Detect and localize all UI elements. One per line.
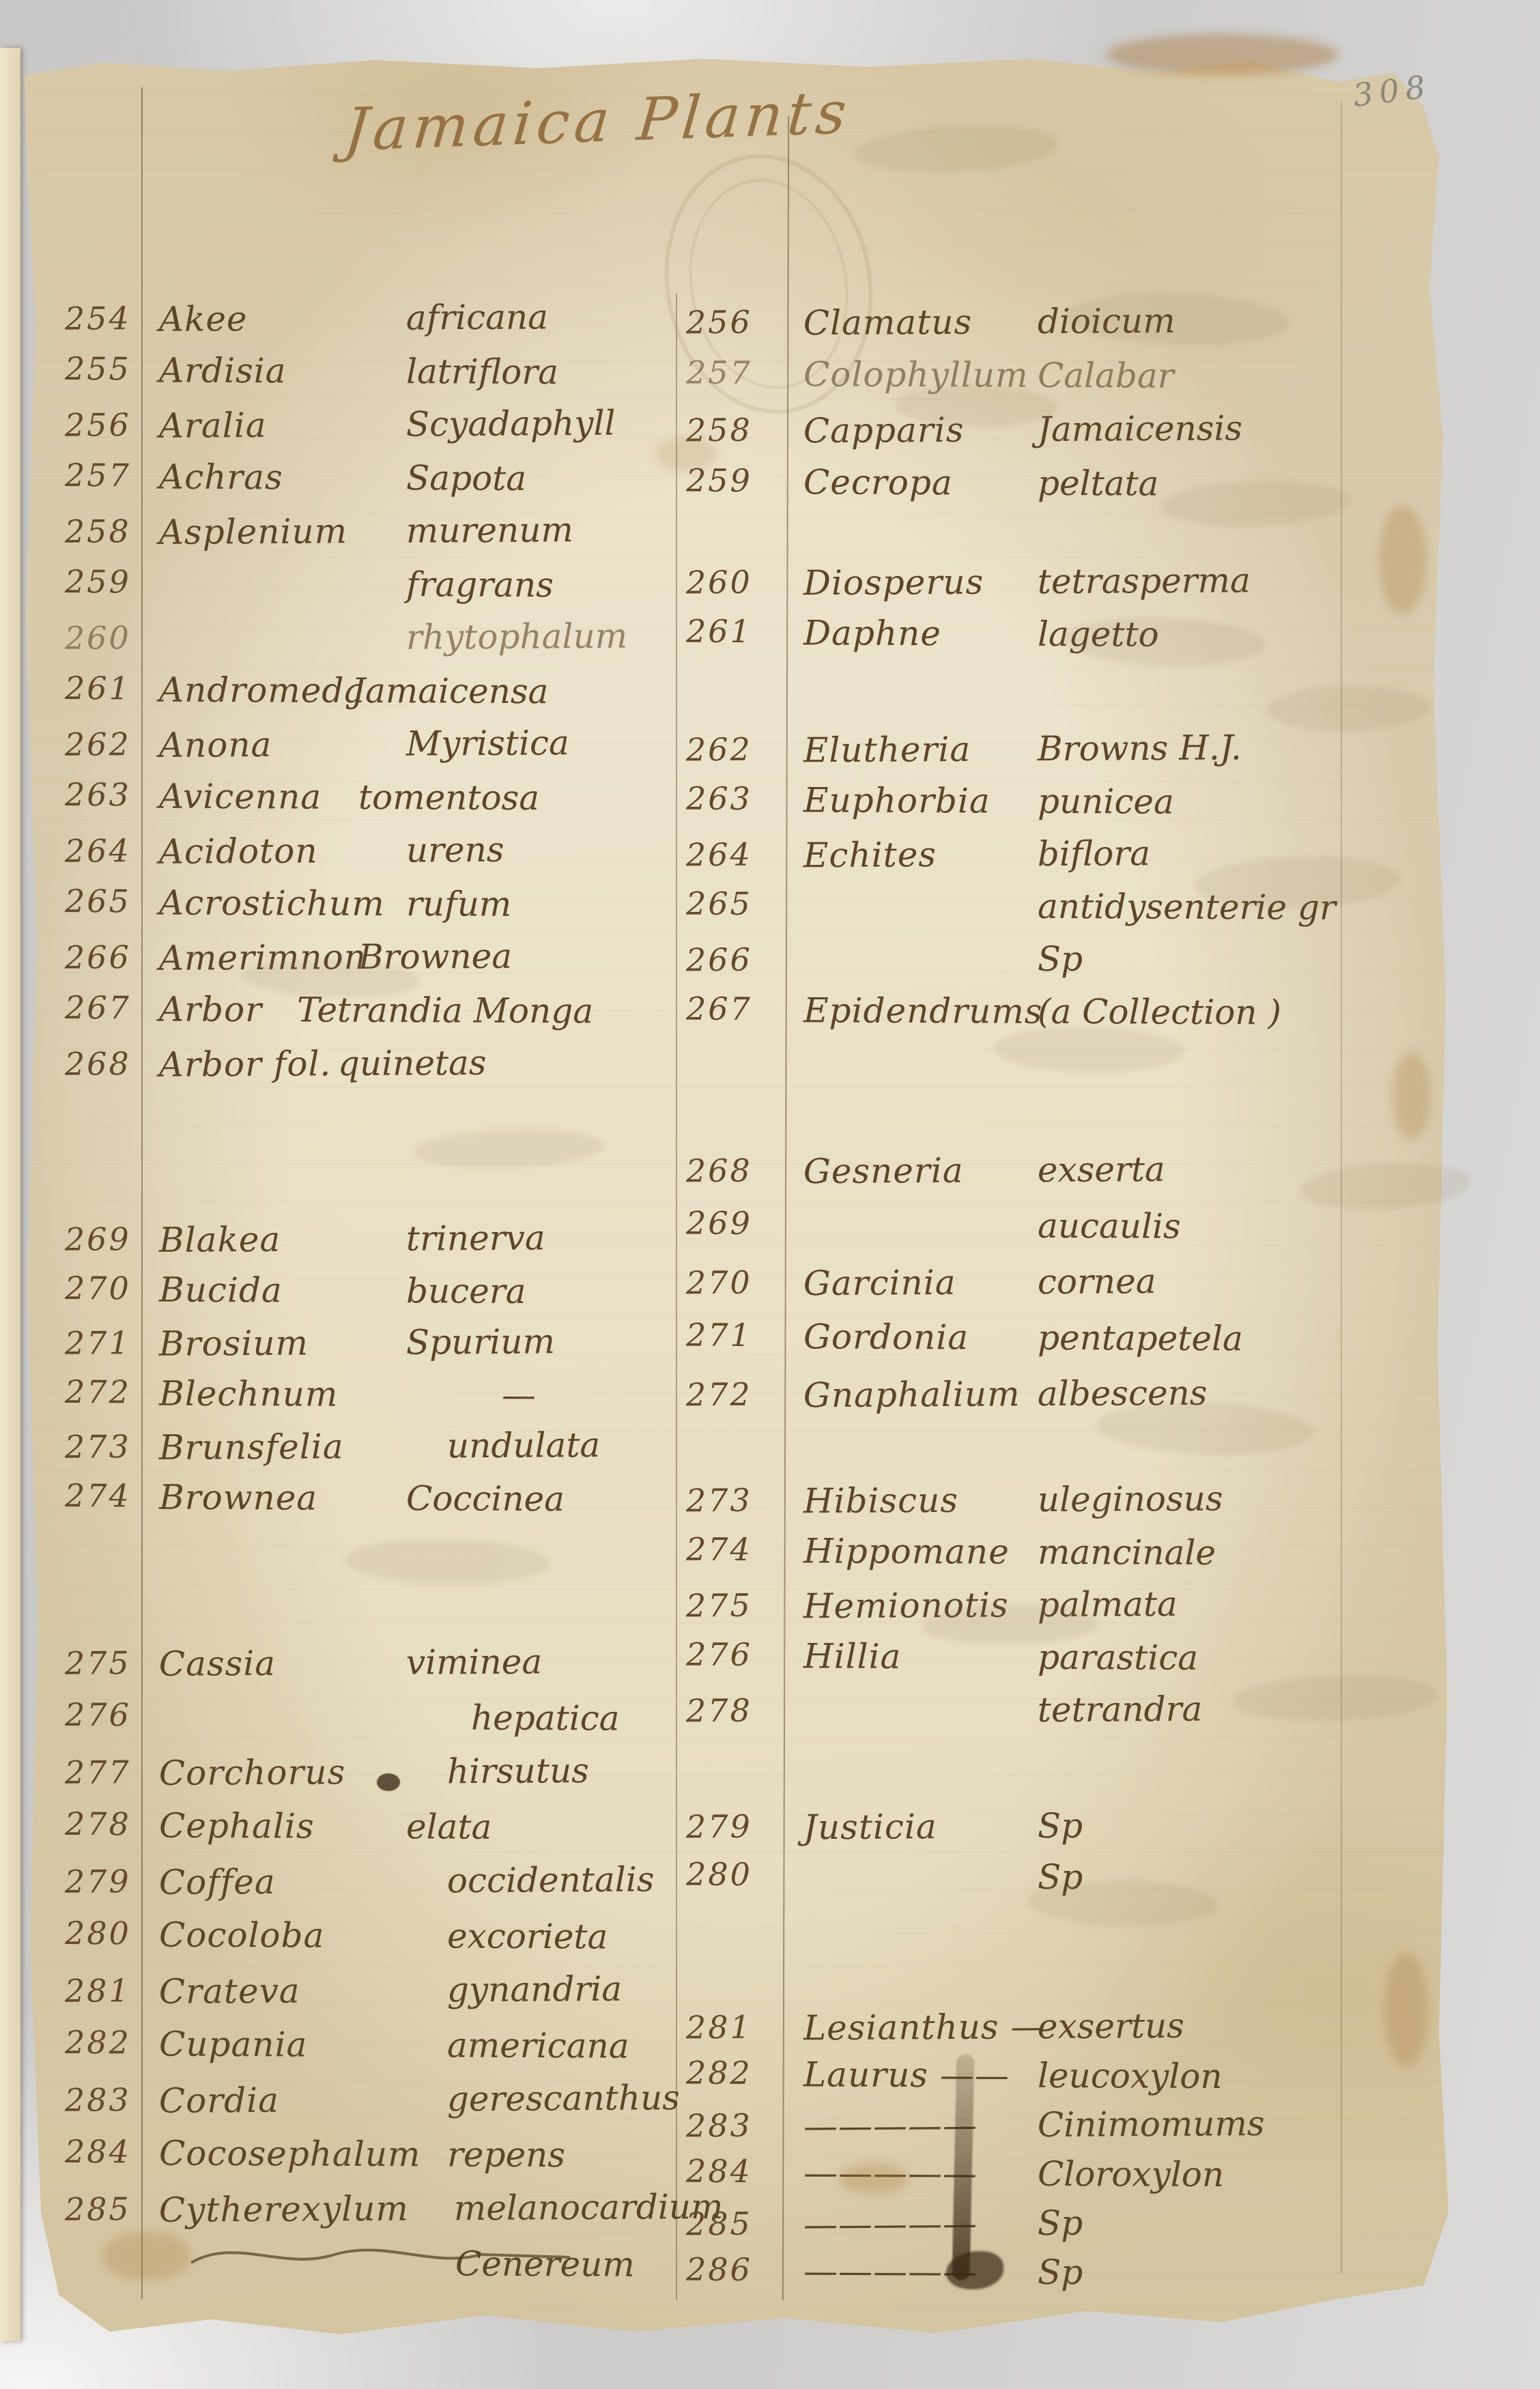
entry-species: hepatica: [471, 1698, 620, 1739]
entry-row: 254Akeeafricana: [65, 296, 683, 354]
entry-number: 280: [686, 1856, 775, 1893]
entry-genus: Ardisia: [159, 351, 287, 391]
entry-row: 263Euphorbiapunicea: [686, 780, 1430, 836]
entry-row: 270Garciniacornea: [686, 1260, 1430, 1321]
entry-number: 285: [686, 2205, 775, 2243]
entry-species: uleginosus: [1038, 1479, 1223, 1520]
entry-genus: Laurus ——: [803, 2055, 1010, 2095]
entry-row: 272Blechnum—: [65, 1373, 683, 1428]
entry-species: trinerva: [406, 1218, 545, 1258]
entry-row: 281Cratevagynandria: [65, 1969, 683, 2027]
entry-row: 256Clamatusdioicum: [686, 300, 1430, 358]
entry-genus: Cephalis: [159, 1806, 315, 1846]
entry-species: rufum: [406, 884, 511, 924]
entry-row: 273Brunsfeliaundulata: [65, 1425, 683, 1480]
entry-species: tetrasperma: [1038, 560, 1251, 601]
entry-row: 257ColophyllumCalabar: [686, 354, 1430, 412]
foxing-stain: [1384, 1952, 1428, 2068]
entry-number: 269: [686, 1205, 775, 1242]
underline-squiggle: [188, 2229, 584, 2276]
entry-species: Sp: [1038, 939, 1083, 979]
entry-genus: Avicenna: [159, 777, 322, 817]
entry-row: 282Laurus ——leucoxylon: [686, 2055, 1430, 2107]
entry-number: 255: [65, 350, 141, 387]
entry-number: 256: [686, 304, 775, 341]
entry-row: 264Acidotonurens: [65, 829, 683, 886]
entry-genus: Brunsfelia: [159, 1427, 344, 1468]
entry-genus: Gordonia: [803, 1317, 969, 1357]
entry-number: 263: [65, 776, 141, 813]
entry-row: 274BrowneaCoccinea: [65, 1477, 683, 1532]
entry-number: 256: [65, 406, 141, 444]
entry-group: 260Diosperustetrasperma261Daphnelagetto: [686, 562, 1430, 667]
entry-row: 269aucaulis: [686, 1205, 1430, 1264]
entry-species: hirsutus: [447, 1751, 589, 1791]
entry-number: 277: [65, 1754, 141, 1791]
entry-number: 286: [686, 2251, 775, 2289]
entry-row: 261Daphnelagetto: [686, 613, 1430, 669]
entry-genus: Arbor: [159, 990, 262, 1030]
entry-number: 275: [65, 1644, 141, 1682]
entry-row: 266Sp: [686, 937, 1430, 995]
entry-row: 270Bucidabucera: [65, 1270, 683, 1324]
entry-row: 273Hibiscusuleginosus: [686, 1478, 1430, 1535]
entry-genus: Garcinia: [803, 1263, 956, 1303]
entry-species: peltata: [1038, 463, 1159, 504]
entry-number: 269: [65, 1220, 141, 1258]
previous-page-edge: [0, 48, 20, 2341]
entry-species: Sapota: [406, 458, 526, 498]
entry-species: Cinimomums: [1038, 2104, 1265, 2145]
entry-row: 257AchrasSapota: [65, 457, 683, 513]
entry-number: 282: [686, 2055, 775, 2092]
entry-species: (a Collection ): [1038, 992, 1281, 1033]
entry-genus: Cocosephalum: [159, 2134, 421, 2175]
entry-species: leucoxylon: [1038, 2056, 1223, 2096]
entry-group: 281Lesianthus —exsertus282Laurus ——leuco…: [686, 2007, 1430, 2302]
entry-row: 271BrosiumSpurium: [65, 1321, 683, 1377]
entry-species: fragrans: [406, 564, 554, 605]
entry-row: 277Corchorushirsutus: [65, 1750, 683, 1809]
entry-number: 279: [65, 1863, 141, 1900]
entry-row: 279JusticiaSp: [686, 1804, 1430, 1860]
entry-species: punicea: [1038, 782, 1174, 822]
entry-species: repens: [447, 2134, 565, 2175]
foxing-stain: [655, 437, 717, 471]
entry-number: 275: [686, 1587, 775, 1625]
entry-number: 285: [65, 2190, 141, 2228]
entry-row: 258CapparisJamaicensis: [686, 407, 1430, 466]
entry-genus: Hibiscus: [803, 1480, 958, 1521]
entry-genus: Clamatus: [803, 302, 973, 343]
entry-species: quinetas: [338, 1043, 487, 1083]
entry-number: 282: [65, 2024, 141, 2061]
entry-row: 283—————Cinimomums: [686, 2103, 1430, 2157]
entry-genus: Cytherexylum: [159, 2189, 409, 2230]
entry-species: undulata: [447, 1425, 601, 1465]
entry-number: 258: [65, 513, 141, 550]
entry-species: biflora: [1038, 833, 1151, 874]
left-list-column: 254Akeeafricana255Ardisialatriflora256Ar…: [65, 0, 683, 2389]
foxing-stain: [1379, 505, 1427, 614]
entry-number: 281: [65, 1972, 141, 2009]
entry-genus: Lesianthus —: [803, 2007, 1046, 2048]
entry-species: gerescanthus: [447, 2078, 680, 2119]
entry-row: 271Gordoniapentapetela: [686, 1317, 1430, 1376]
entry-species: cornea: [1038, 1261, 1156, 1302]
entry-row: 282Cupaniaamericana: [65, 2024, 683, 2081]
entry-species: americana: [447, 2025, 629, 2065]
entry-genus: Cocoloba: [159, 1915, 325, 1956]
entry-number: 281: [686, 2009, 775, 2046]
entry-species: excorieta: [447, 1916, 608, 1956]
entry-number: 284: [686, 2153, 775, 2190]
entry-species: tetrandra: [1038, 1689, 1203, 1730]
entry-row: 281Lesianthus —exsertus: [686, 2005, 1430, 2059]
entry-row: 262ElutheriaBrowns H.J.: [686, 727, 1430, 784]
entry-species: Jamaicensa: [352, 671, 549, 711]
entry-genus: Coffea: [159, 1862, 276, 1902]
entry-genus: Diosperus: [803, 562, 984, 603]
entry-number: 265: [65, 883, 141, 919]
entry-number: 261: [65, 670, 141, 706]
entry-number: 274: [686, 1531, 775, 1569]
entry-number: 273: [65, 1428, 141, 1465]
entry-genus: Aralia: [159, 405, 267, 446]
entry-genus: Bucida: [159, 1270, 283, 1311]
entry-row: 259fragrans: [65, 563, 683, 619]
entry-row: 286—————Sp: [686, 2251, 1430, 2304]
entry-species: Scyadaphyll: [406, 403, 616, 444]
entry-row: 261AndromedaJamaicensa: [65, 670, 683, 726]
entry-row: 269Blakeatrinerva: [65, 1217, 683, 1273]
entry-species: pentapetela: [1038, 1318, 1243, 1358]
entry-number: 283: [686, 2107, 775, 2145]
entry-genus: Akee: [159, 299, 248, 339]
entry-species: tomentosa: [358, 777, 539, 818]
entry-genus: Arbor fol.: [159, 1044, 332, 1085]
entry-number: 274: [65, 1477, 141, 1514]
entry-number: 262: [65, 726, 141, 763]
entry-number: 266: [65, 939, 141, 976]
entry-number: 261: [686, 613, 775, 650]
entry-row: 268Arbor fol.quinetas: [65, 1042, 683, 1099]
entry-number: 279: [686, 1808, 775, 1846]
entry-genus: Acidoton: [159, 831, 318, 872]
entry-number: 284: [65, 2133, 141, 2170]
entry-genus: Cecropa: [803, 462, 953, 502]
entry-species: Browns H.J.: [1038, 728, 1242, 769]
entry-row: 284—————Cloroxylon: [686, 2153, 1430, 2205]
entry-row: 265Acrostichumrufum: [65, 883, 683, 939]
entry-number: 278: [65, 1805, 141, 1842]
entry-species: africana: [406, 297, 548, 337]
entry-species: gynandria: [447, 1969, 623, 2010]
entry-row: 260rhytophalum: [65, 616, 683, 673]
entry-species: melanocardium: [454, 2187, 724, 2228]
entry-genus: Justicia: [803, 1807, 937, 1847]
entry-genus: Echites: [803, 835, 937, 875]
entry-row: 285—————Sp: [686, 2201, 1430, 2255]
entry-genus: Epidendrums: [803, 990, 1043, 1031]
entry-genus: Cordia: [159, 2080, 279, 2121]
entry-genus: Cassia: [159, 1644, 276, 1684]
entry-row: 272Gnaphaliumalbescens: [686, 1372, 1430, 1433]
entry-species: rhytophalum: [406, 616, 628, 657]
entry-genus: Brownea: [159, 1478, 317, 1518]
entry-genus: Corchorus: [159, 1752, 346, 1793]
entry-genus: —————: [803, 2106, 978, 2147]
entry-species: aucaulis: [1038, 1206, 1181, 1246]
entry-genus: Andromeda: [159, 670, 365, 711]
entry-number: 280: [65, 1915, 141, 1951]
entry-number: 272: [686, 1376, 775, 1414]
manuscript-scan: Jamaica Plants 308 254Akeeafricana255Ard…: [0, 0, 1540, 2389]
entry-species: parastica: [1038, 1637, 1198, 1678]
entry-genus: Cupania: [159, 2025, 308, 2065]
entry-genus: —————: [803, 2204, 978, 2245]
foxing-stain: [102, 2232, 191, 2280]
entry-species: elata: [406, 1807, 492, 1847]
entry-row: 256AraliaScyadaphyll: [65, 403, 683, 460]
entry-number: 270: [686, 1264, 775, 1302]
entry-row: 284Cocosephalumrepens: [65, 2133, 683, 2190]
entry-number: 267: [65, 989, 141, 1026]
entry-species: mancinale: [1038, 1532, 1216, 1573]
entry-species: Sp: [1038, 1806, 1083, 1846]
entry-row: 276hepatica: [65, 1696, 683, 1754]
foxing-stain: [1106, 34, 1338, 75]
entry-species: urens: [406, 830, 504, 870]
entry-number: 254: [65, 300, 141, 337]
entry-row: 279Coffeaoccidentalis: [65, 1859, 683, 1918]
entry-species: Myristica: [406, 723, 569, 763]
entry-genus: Gesneria: [803, 1151, 964, 1191]
entry-species: Sp: [1038, 2203, 1083, 2243]
entry-number: 271: [65, 1324, 141, 1362]
entry-number: 276: [686, 1636, 775, 1674]
entry-number: 260: [65, 619, 141, 657]
entry-species: exsertus: [1038, 2006, 1184, 2046]
entry-number: 262: [686, 731, 775, 769]
entry-genus: Blakea: [159, 1220, 281, 1260]
entry-row: 280Cocolobaexcorieta: [65, 1915, 683, 1972]
entry-number: 257: [65, 457, 141, 493]
entry-species: exserta: [1038, 1149, 1165, 1190]
entry-genus: Elutheria: [803, 730, 971, 770]
entry-number: 264: [65, 832, 141, 870]
entry-group: 269Blakeatrinerva270Bucidabucera271Brosi…: [65, 1219, 683, 1530]
entry-species: Jamaicensis: [1038, 408, 1243, 449]
entry-species: Calabar: [1038, 356, 1174, 396]
entry-genus: Blechnum: [159, 1374, 339, 1414]
entry-number: 266: [686, 941, 775, 979]
entry-number: 264: [686, 836, 775, 874]
entry-number: 257: [686, 354, 775, 392]
entry-species: latriflora: [406, 352, 558, 392]
entry-number: 267: [686, 990, 775, 1028]
entry-genus: Daphne: [803, 613, 941, 653]
entry-number: 268: [65, 1045, 141, 1083]
entry-number: 273: [686, 1482, 775, 1519]
foxing-stain: [840, 2164, 908, 2194]
entry-number: 278: [686, 1692, 775, 1730]
entry-species: murenum: [406, 510, 573, 550]
ink-spot: [377, 1773, 400, 1791]
entry-row: 258Aspleniummurenum: [65, 509, 683, 567]
entry-species: viminea: [406, 1642, 543, 1682]
entry-genus: Anona: [159, 725, 272, 765]
entry-number: 259: [65, 563, 141, 600]
entry-species: Sp: [1038, 2252, 1083, 2292]
entry-row: 278Cephaliselata: [65, 1805, 683, 1863]
entry-row: 263Avicennatomentosa: [65, 776, 683, 832]
entry-number: 265: [686, 885, 775, 923]
entry-species: Coccinea: [406, 1478, 565, 1519]
entry-species: Spurium: [406, 1321, 555, 1362]
entry-number: 263: [686, 780, 775, 818]
entry-row: 255Ardisialatriflora: [65, 350, 683, 406]
entry-row: 275Cassiaviminea: [65, 1641, 683, 1700]
entry-genus: Euphorbia: [803, 780, 990, 820]
entry-genus: Hippomane: [803, 1531, 1010, 1571]
entry-number: 260: [686, 564, 775, 601]
entry-row: 260Diosperustetrasperma: [686, 560, 1430, 617]
entry-row: 274Hippomanemancinale: [686, 1531, 1430, 1587]
entry-row: 283Cordiagerescanthus: [65, 2078, 683, 2136]
entry-number: 270: [65, 1270, 141, 1306]
entry-species: occidentalis: [447, 1859, 655, 1900]
entry-genus: Gnaphalium: [803, 1374, 1021, 1415]
entry-group: 275Cassiaviminea276hepatica277Corchorush…: [65, 1643, 683, 2298]
foxing-stain: [1393, 1051, 1431, 1140]
entry-number: 268: [686, 1152, 775, 1190]
entry-number: 271: [686, 1317, 775, 1354]
entry-genus: Brosium: [159, 1324, 309, 1364]
entry-number: 283: [65, 2081, 141, 2119]
entry-row: 262AnonaMyristica: [65, 722, 683, 779]
entry-number: 276: [65, 1696, 141, 1733]
entry-species: bucera: [406, 1271, 526, 1311]
entry-genus: Acrostichum: [159, 883, 385, 924]
entry-genus: Asplenium: [159, 511, 348, 552]
entry-number: 272: [65, 1373, 141, 1410]
entry-species: Cloroxylon: [1038, 2154, 1224, 2194]
entry-species: —: [502, 1375, 536, 1415]
entry-genus: Achras: [159, 457, 283, 498]
entry-genus: Hillia: [803, 1636, 902, 1676]
entry-genus: Crateva: [159, 1971, 300, 2012]
entry-row: 267ArborTetrandia Monga: [65, 989, 683, 1045]
